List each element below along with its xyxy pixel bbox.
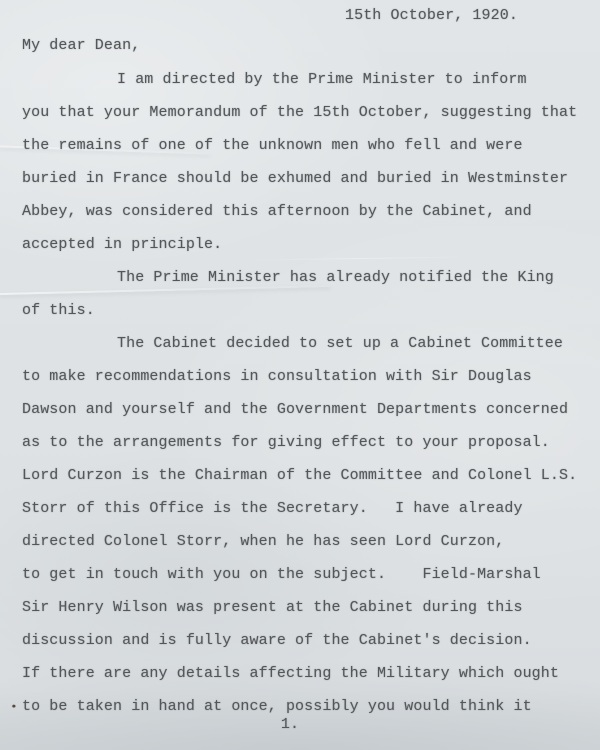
body-line: Storr of this Office is the Secretary. I… xyxy=(22,499,592,532)
body-line: The Cabinet decided to set up a Cabinet … xyxy=(22,334,592,367)
margin-annotation-dot: • xyxy=(10,701,17,711)
date-line: 15th October, 1920. xyxy=(345,7,518,24)
body-line: to get in touch with you on the subject.… xyxy=(22,565,592,598)
body-line: buried in France should be exhumed and b… xyxy=(22,169,592,202)
body-line: discussion and is fully aware of the Cab… xyxy=(22,631,592,664)
body-line: the remains of one of the unknown men wh… xyxy=(22,136,592,169)
body-line: I am directed by the Prime Minister to i… xyxy=(22,70,592,103)
body-line: Abbey, was considered this afternoon by … xyxy=(22,202,592,235)
body-line: Dawson and yourself and the Government D… xyxy=(22,400,592,433)
page-number: 1. xyxy=(0,716,580,733)
body-line: If there are any details affecting the M… xyxy=(22,664,592,697)
letter-body: I am directed by the Prime Minister to i… xyxy=(22,70,592,730)
letter-page: 15th October, 1920. My dear Dean, I am d… xyxy=(0,0,600,750)
body-line: you that your Memorandum of the 15th Oct… xyxy=(22,103,592,136)
salutation: My dear Dean, xyxy=(22,37,140,54)
body-line: accepted in principle. xyxy=(22,235,592,268)
body-line: Sir Henry Wilson was present at the Cabi… xyxy=(22,598,592,631)
body-line: Lord Curzon is the Chairman of the Commi… xyxy=(22,466,592,499)
body-line: to make recommendations in consultation … xyxy=(22,367,592,400)
body-line: of this. xyxy=(22,301,592,334)
body-line: The Prime Minister has already notified … xyxy=(22,268,592,301)
body-line: directed Colonel Storr, when he has seen… xyxy=(22,532,592,565)
body-line: as to the arrangements for giving effect… xyxy=(22,433,592,466)
